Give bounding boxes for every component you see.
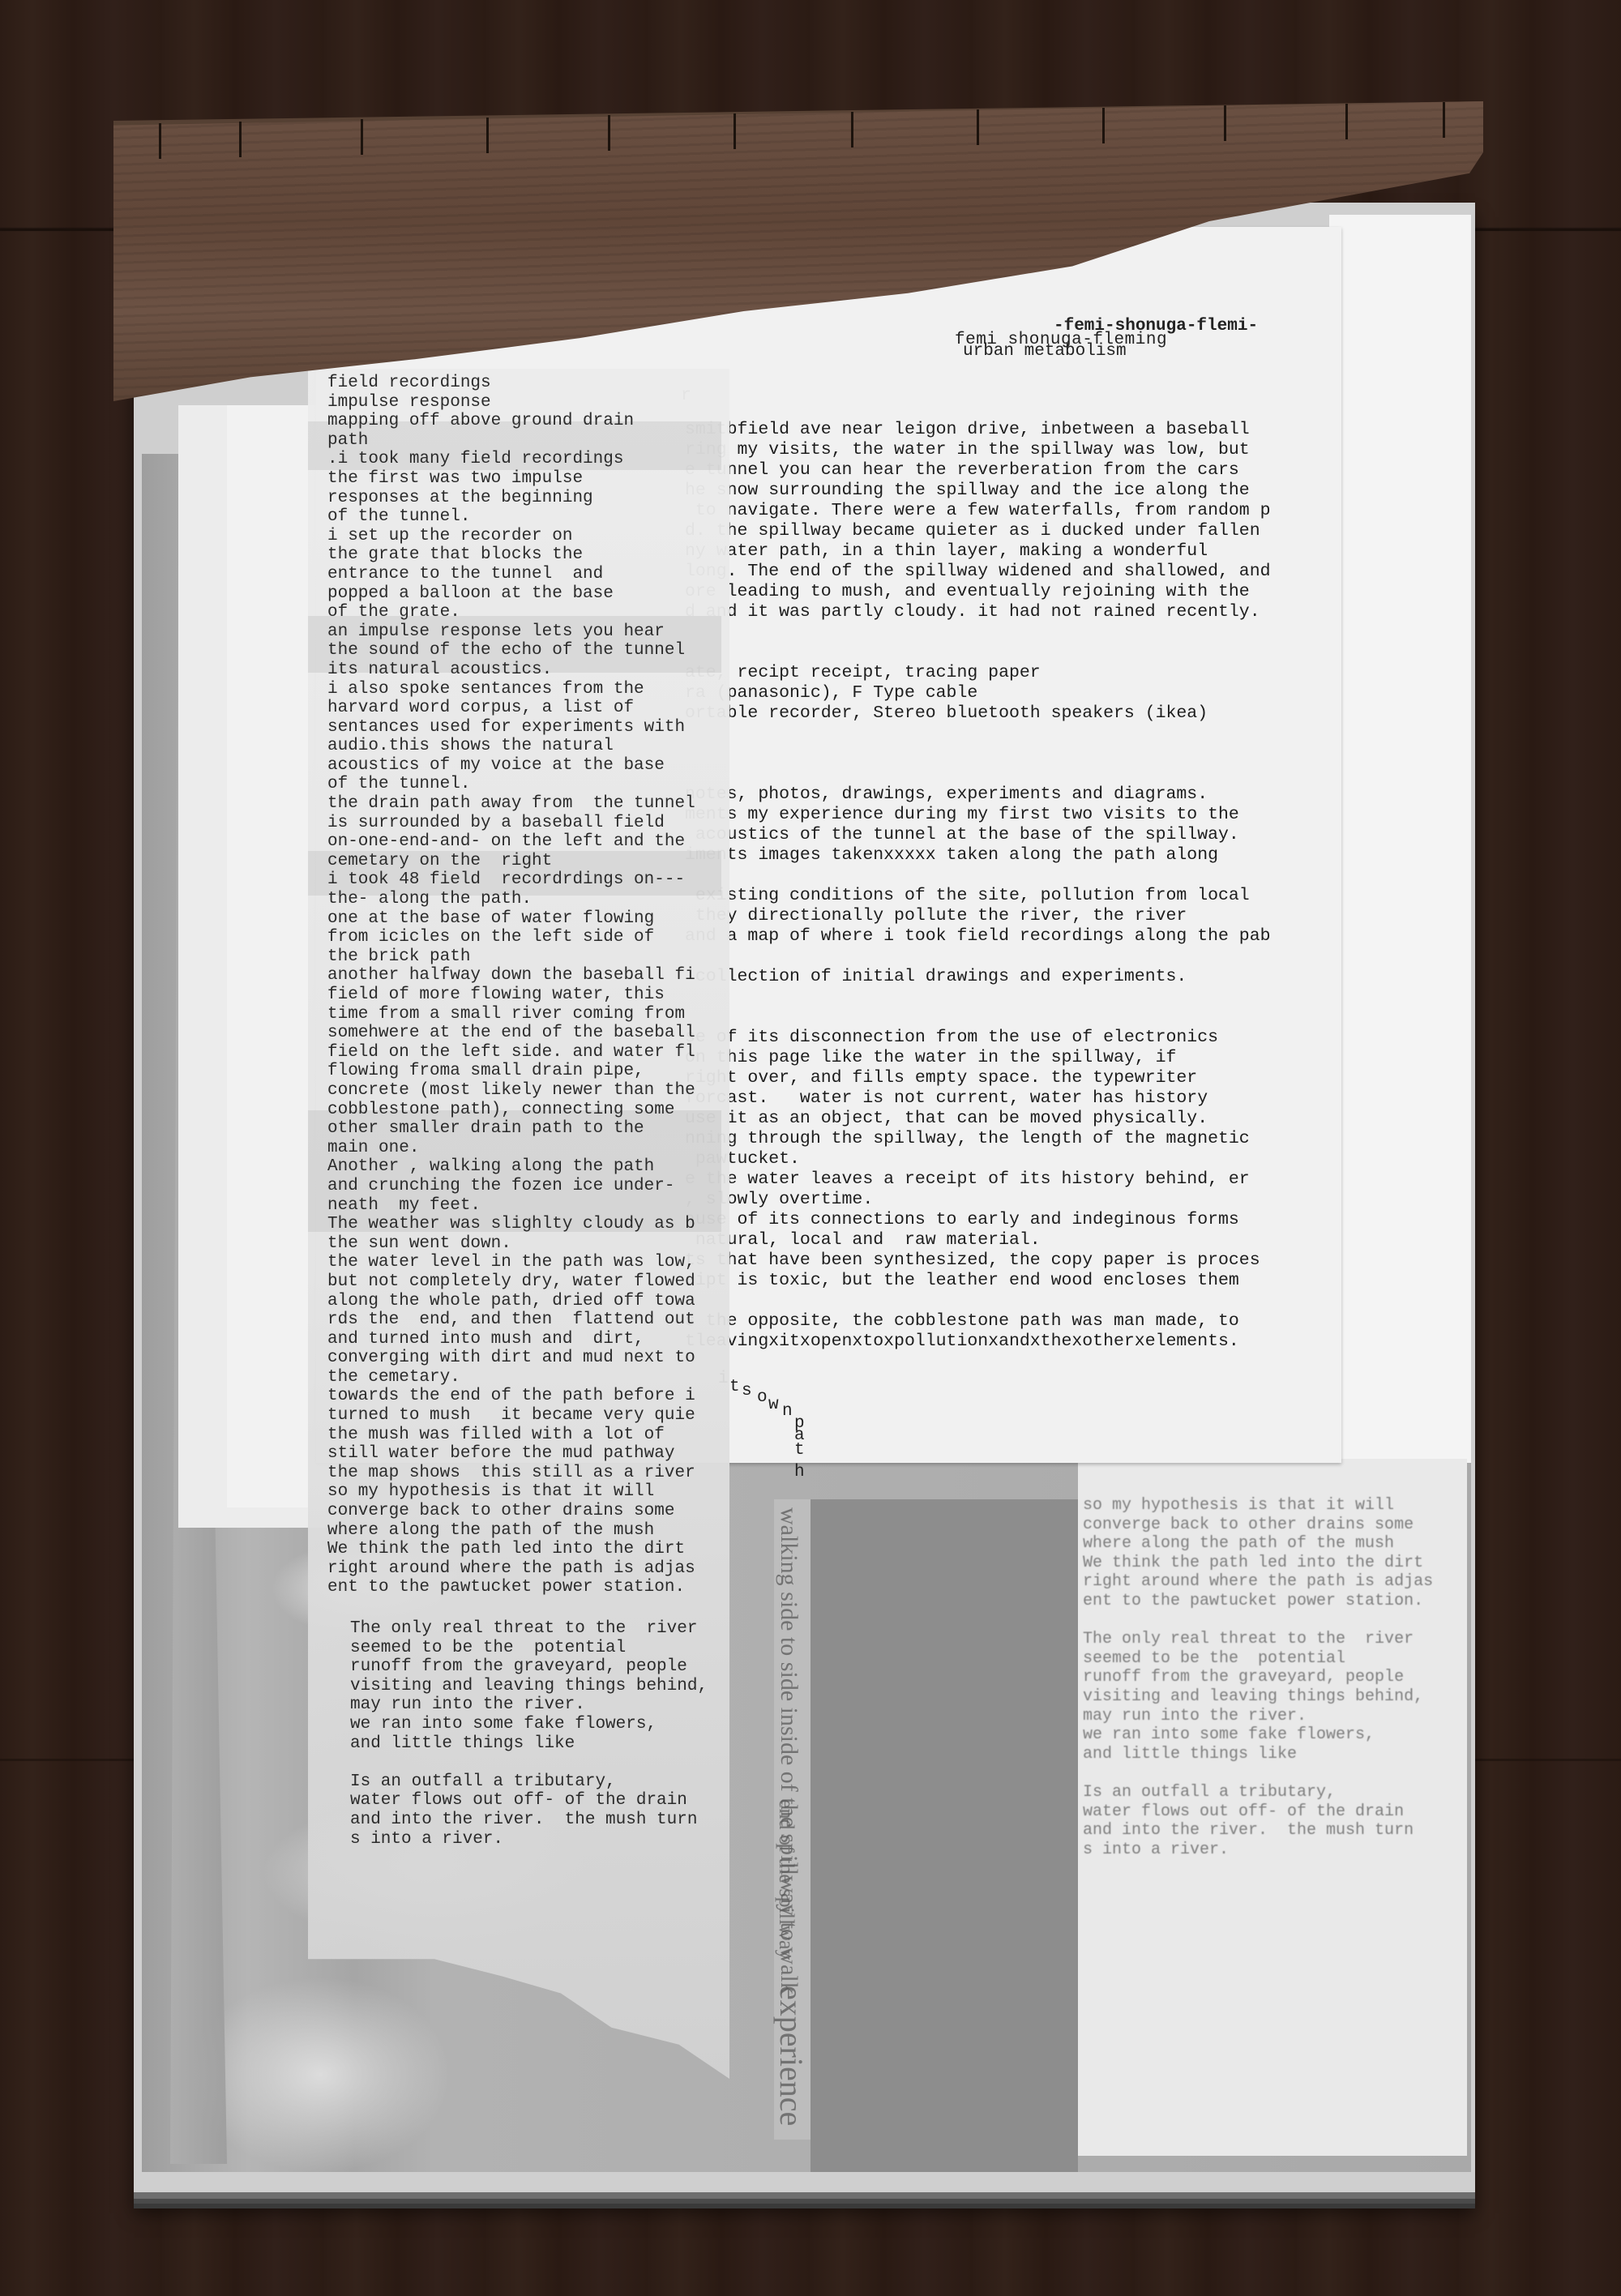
stitch-mark — [159, 123, 161, 159]
poem-letter: s — [742, 1382, 752, 1400]
stitch-mark — [239, 122, 242, 157]
stitch-mark — [1345, 104, 1348, 139]
poem-letter: t — [794, 1441, 805, 1460]
photo-caption-experience: experience — [772, 1986, 810, 2126]
poem-letter: h — [794, 1463, 805, 1481]
stitch-mark — [977, 109, 979, 145]
tracing-paper-copy-text: so my hypothesis is that it will converg… — [1083, 1496, 1433, 1859]
stitch-mark — [361, 119, 363, 155]
stitch-mark — [608, 115, 610, 151]
photo-caption-end: end of the spillway — [774, 1799, 798, 1960]
field-recording-notes-text: field recordings impulse response mappin… — [327, 374, 695, 1597]
poem-letter: o — [757, 1388, 768, 1407]
right-back-sheet — [1329, 215, 1471, 1463]
field-recording-notes-text-bottom: The only real threat to the river seemed… — [350, 1619, 708, 1849]
project-title: urban metabolism — [963, 342, 1127, 361]
stitch-mark — [851, 112, 853, 148]
statement-body-text: smitbfield ave near leigon drive, inbetw… — [685, 420, 1271, 1352]
stitch-mark — [1102, 108, 1105, 143]
poem-letter: n — [782, 1402, 793, 1421]
stitch-mark — [486, 118, 489, 153]
stitch-mark — [1224, 105, 1226, 141]
poem-letter: t — [729, 1378, 740, 1396]
stitch-mark — [734, 113, 736, 149]
photo-dark-band — [810, 1499, 1078, 2172]
stitch-mark — [1443, 102, 1445, 138]
poem-letter: w — [768, 1396, 779, 1414]
